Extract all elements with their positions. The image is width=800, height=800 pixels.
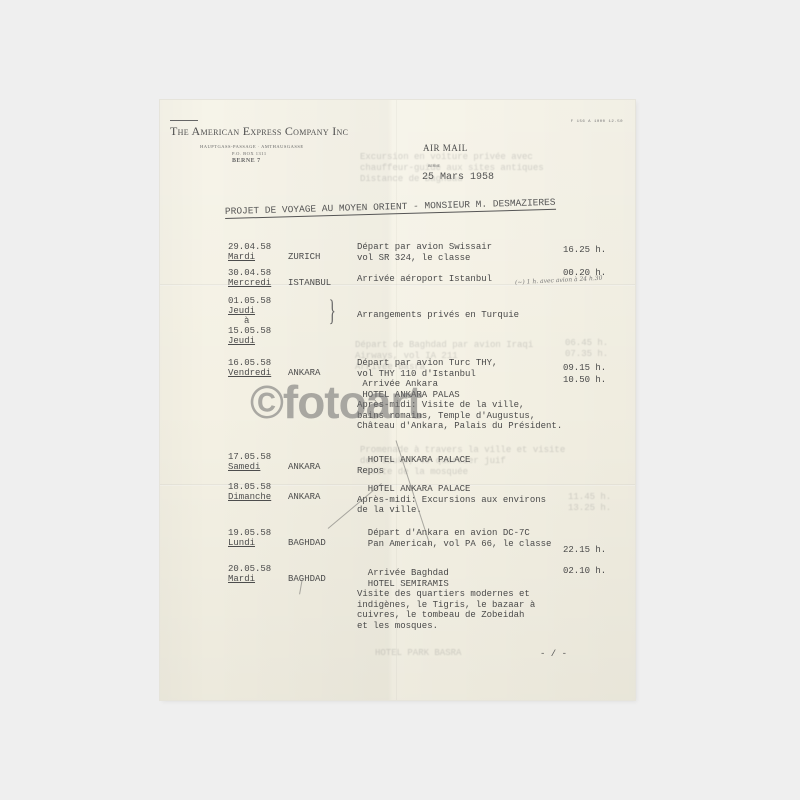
form-number: F 156 A 1000 12.50 [571,120,623,124]
document-date: 25 Mars 1958 [422,172,494,183]
row-city: BAGHDAD [288,574,326,584]
ghost-text: HOTEL PARK BASRA [375,648,461,659]
row-date-block: 16.05.58 Vendredi [228,358,271,378]
brace-glyph: } [329,294,336,328]
row-date: 19.05.58 [228,528,271,538]
row-day: Jeudi [228,306,271,316]
company-name: The American Express Company Inc [170,124,348,139]
row-description: Arrangements privés en Turquie [357,310,519,321]
page-continuation-mark: - / - [540,649,567,659]
row-city: ZURICH [288,252,320,262]
row-description: Départ par avion Swissair vol SR 324, le… [357,242,492,263]
row-day: Samedi [228,462,271,472]
row-date: 30.04.58 [228,268,271,278]
row-city: ISTANBUL [288,278,331,288]
row-date-end: 15.05.58 [228,326,271,336]
row-date-block: 29.04.58 Mardi [228,242,271,262]
row-description: Arrivée Baghdad HOTEL SEMIRAMIS Visite d… [357,568,535,631]
row-date-block: 30.04.58 Mercredi [228,268,271,288]
place-label: BERNE [428,165,440,169]
row-day: Mardi [228,574,271,584]
row-day: Dimanche [228,492,271,502]
row-date: 29.04.58 [228,242,271,252]
row-times: 16.25 h. [563,244,606,256]
row-day: Vendredi [228,368,271,378]
document-title: PROJET DE VOYAGE AU MOYEN ORIENT - MONSI… [225,197,556,219]
row-date: 01.05.58 [228,296,271,306]
row-day: Lundi [228,538,271,548]
row-city: ANKARA [288,492,320,502]
row-date-block: 19.05.58 Lundi [228,528,271,548]
company-address: HAUPTGASS-PASSAGE · AMTHAUSGASSE [200,144,304,149]
row-date: 16.05.58 [228,358,271,368]
row-times: 22.15 h. [563,544,606,556]
row-date-block: 17.05.58 Samedi [228,452,271,472]
row-city: ANKARA [288,368,320,378]
row-city: BAGHDAD [288,538,326,548]
row-day: Mercredi [228,278,271,288]
row-description: Arrivée aéroport Istanbul [357,274,492,285]
row-description: Départ d'Ankara en avion DC-7C Pan Ameri… [357,528,551,549]
row-description: HOTEL ANKARA PALACE Repos [357,455,470,476]
company-city: BERNE 7 [232,158,261,164]
row-date: 17.05.58 [228,452,271,462]
row-date: 20.05.58 [228,564,271,574]
letterhead-rule [170,120,198,121]
ghost-text: 11.45 h. 13.25 h. [568,492,611,514]
row-times: 02.10 h. [563,565,606,577]
letter-document: Excursion en voiture privée avec chauffe… [160,100,635,700]
row-range-word: à [228,316,271,326]
row-city: ANKARA [288,462,320,472]
row-date-block: 18.05.58 Dimanche [228,482,271,502]
company-po-box: P.O. BOX 1311 [232,151,267,156]
row-date-block: 01.05.58 Jeudi à 15.05.58 Jeudi [228,296,271,346]
row-day-end: Jeudi [228,336,271,346]
row-times: 09.15 h. 10.50 h. [563,362,606,386]
air-mail-label: AIR MAIL [423,143,468,153]
row-date: 18.05.58 [228,482,271,492]
row-day: Mardi [228,252,271,262]
viewer-stage: Excursion en voiture privée avec chauffe… [0,0,800,800]
row-description: Départ par avion Turc THY, vol THY 110 d… [357,358,562,432]
row-description: HOTEL ANKARA PALACE Après-midi: Excursio… [357,484,546,516]
row-date-block: 20.05.58 Mardi [228,564,271,584]
ghost-text: 06.45 h. 07.35 h. [565,338,608,360]
